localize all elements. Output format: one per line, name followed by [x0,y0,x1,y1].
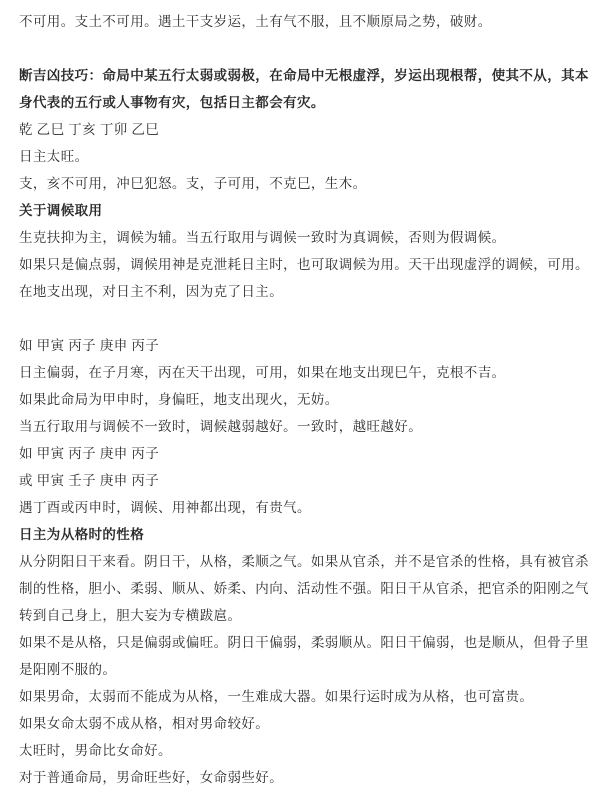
paragraph: 生克扶抑为主，调候为辅。当五行取用与调候一致时为真调候，否则为假调候。 [19,224,590,251]
text-line: 如果女命太弱不成从格，相对男命较好。 [19,710,590,737]
paragraph: 对于普通命局，男命旺些好，女命弱些好。 [19,764,590,791]
text-line: 从分阴阳日干来看。阴日干，从格，柔顺之气。如果从官杀，并不是官杀的性格，具有被官… [19,548,590,575]
text-line: 对于普通命局，男命旺些好，女命弱些好。 [19,764,590,791]
text-line: 如果不是从格，只是偏弱或偏旺。阴日干偏弱，柔弱顺从。阳日干偏弱，也是顺从，但骨子… [19,629,590,656]
text-line: 关于调候取用 [19,197,590,224]
text-line: 不可用。支土不可用。遇土干支岁运，土有气不服，且不顺原局之势，破财。 [19,8,590,35]
text-line: 断吉凶技巧：命局中某五行太弱或弱极，在命局中无根虚浮，岁运出现根帮，使其不从，其… [19,62,590,89]
paragraph: 日主偏弱，在子月寒，丙在天干出现，可用，如果在地支出现巳午，克根不吉。 [19,359,590,386]
paragraph: 如 甲寅 丙子 庚申 丙子 [19,440,590,467]
paragraph: 从分阴阳日干来看。阴日干，从格，柔顺之气。如果从官杀，并不是官杀的性格，具有被官… [19,548,590,629]
text-line: 如果此命局为甲申时，身偏旺，地支出现火，无妨。 [19,386,590,413]
paragraph: 支，亥不可用，冲巳犯怒。支，子可用，不克巳，生木。 [19,170,590,197]
paragraph: 不可用。支土不可用。遇土干支岁运，土有气不服，且不顺原局之势，破财。 [19,8,590,35]
paragraph: 如果女命太弱不成从格，相对男命较好。 [19,710,590,737]
text-line: 乾 乙巳 丁亥 丁卯 乙巳 [19,116,590,143]
paragraph: 乾 乙巳 丁亥 丁卯 乙巳 [19,116,590,143]
section-heading: 日主为从格时的性格 [19,521,590,548]
paragraph: 或 甲寅 壬子 庚申 丙子 [19,467,590,494]
text-line: 如 甲寅 丙子 庚申 丙子 [19,440,590,467]
text-line: 遇丁酉或丙申时，调候、用神都出现，有贵气。 [19,494,590,521]
text-line: 日主太旺。 [19,143,590,170]
text-line: 当五行取用与调候不一致时，调候越弱越好。一致时，越旺越好。 [19,413,590,440]
text-line: 如 甲寅 丙子 庚申 丙子 [19,332,590,359]
paragraph: 太旺时，男命比女命好。 [19,737,590,764]
text-line: 或 甲寅 壬子 庚申 丙子 [19,467,590,494]
paragraph: 断吉凶技巧：命局中某五行太弱或弱极，在命局中无根虚浮，岁运出现根帮，使其不从，其… [19,62,590,116]
text-line: 在地支出现，对日主不利，因为克了日主。 [19,278,590,305]
text-line: 日主为从格时的性格 [19,521,590,548]
paragraph: 如果不是从格，只是偏弱或偏旺。阴日干偏弱，柔弱顺从。阳日干偏弱，也是顺从，但骨子… [19,629,590,683]
paragraph: 在地支出现，对日主不利，因为克了日主。 [19,278,590,305]
document-body: 不可用。支土不可用。遇土干支岁运，土有气不服，且不顺原局之势，破财。断吉凶技巧：… [19,8,590,791]
text-line: 转到自己身上，胆大妄为专横跋扈。 [19,602,590,629]
text-line: 生克扶抑为主，调候为辅。当五行取用与调候一致时为真调候，否则为假调候。 [19,224,590,251]
paragraph: 如果此命局为甲申时，身偏旺，地支出现火，无妨。 [19,386,590,413]
paragraph: 日主太旺。 [19,143,590,170]
document-page: 不可用。支土不可用。遇土干支岁运，土有气不服，且不顺原局之势，破财。断吉凶技巧：… [0,0,600,800]
blank-line [19,35,590,62]
paragraph: 当五行取用与调候不一致时，调候越弱越好。一致时，越旺越好。 [19,413,590,440]
text-line: 支，亥不可用，冲巳犯怒。支，子可用，不克巳，生木。 [19,170,590,197]
section-heading: 关于调候取用 [19,197,590,224]
paragraph: 如果男命，太弱而不能成为从格，一生难成大器。如果行运时成为从格，也可富贵。 [19,683,590,710]
text-line: 太旺时，男命比女命好。 [19,737,590,764]
blank-line [19,305,590,332]
text-line: 如果只是偏点弱，调候用神是克泄耗日主时，也可取调候为用。天干出现虚浮的调候，可用… [19,251,590,278]
text-line: 制的性格，胆小、柔弱、顺从、娇柔、内向、活动性不强。阳日干从官杀，把官杀的阳刚之… [19,575,590,602]
paragraph: 如果只是偏点弱，调候用神是克泄耗日主时，也可取调候为用。天干出现虚浮的调候，可用… [19,251,590,278]
paragraph: 遇丁酉或丙申时，调候、用神都出现，有贵气。 [19,494,590,521]
paragraph: 如 甲寅 丙子 庚申 丙子 [19,332,590,359]
text-line: 身代表的五行或人事物有灾，包括日主都会有灾。 [19,89,590,116]
text-line: 如果男命，太弱而不能成为从格，一生难成大器。如果行运时成为从格，也可富贵。 [19,683,590,710]
text-line: 是阳刚不服的。 [19,656,590,683]
text-line: 日主偏弱，在子月寒，丙在天干出现，可用，如果在地支出现巳午，克根不吉。 [19,359,590,386]
